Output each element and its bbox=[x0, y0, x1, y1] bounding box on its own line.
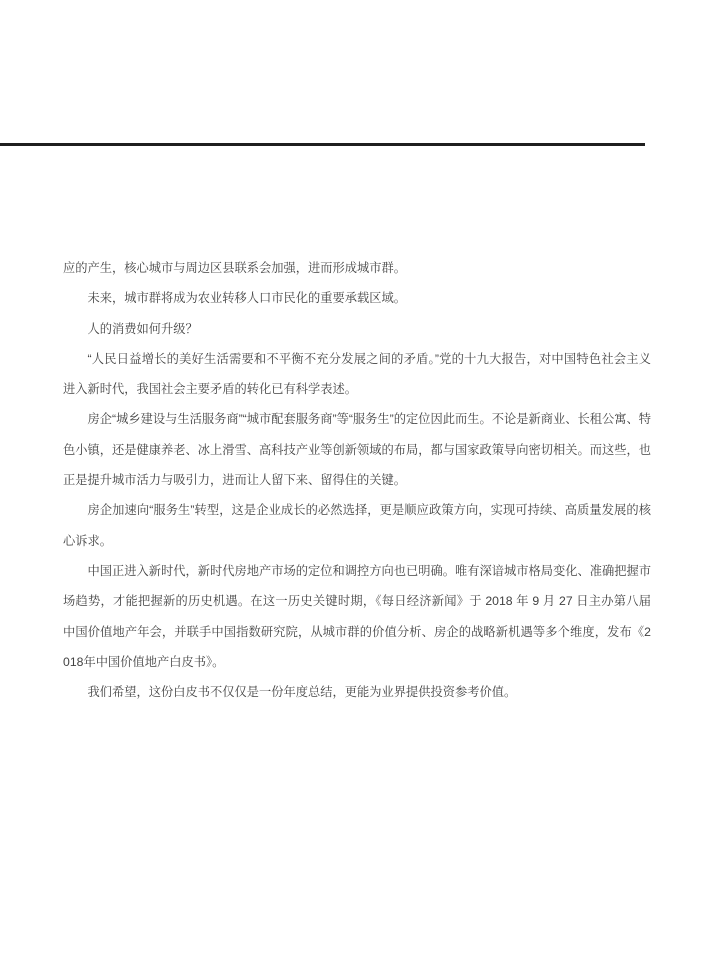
header-rule bbox=[0, 143, 645, 146]
paragraph-consumption-question: 人的消费如何升级？ bbox=[63, 314, 651, 344]
paragraph-future-city-clusters: 未来，城市群将成为农业转移人口市民化的重要承载区域。 bbox=[63, 283, 651, 313]
page-body-text: 应的产生，核心城市与周边区县联系会加强，进而形成城市群。 未来，城市群将成为农业… bbox=[63, 253, 651, 707]
document-page: 应的产生，核心城市与周边区县联系会加强，进而形成城市群。 未来，城市群将成为农业… bbox=[0, 0, 714, 978]
paragraph-19th-congress: “人民日益增长的美好生活需要和不平衡不充分发展之间的矛盾。”党的十九大报告，对中… bbox=[63, 344, 651, 405]
paragraph-service-provider-positioning: 房企“城乡建设与生活服务商”“城市配套服务商”等“服务生”的定位因此而生。不论是… bbox=[63, 404, 651, 495]
paragraph-continuation: 应的产生，核心城市与周边区县联系会加强，进而形成城市群。 bbox=[63, 253, 651, 283]
paragraph-closing-hope: 我们希望，这份白皮书不仅仅是一份年度总结，更能为业界提供投资参考价值。 bbox=[63, 677, 651, 707]
paragraph-white-paper-release: 中国正进入新时代，新时代房地产市场的定位和调控方向也已明确。唯有深谙城市格局变化… bbox=[63, 556, 651, 677]
paragraph-transformation: 房企加速向“服务生”转型，这是企业成长的必然选择，更是顺应政策方向，实现可持续、… bbox=[63, 495, 651, 556]
